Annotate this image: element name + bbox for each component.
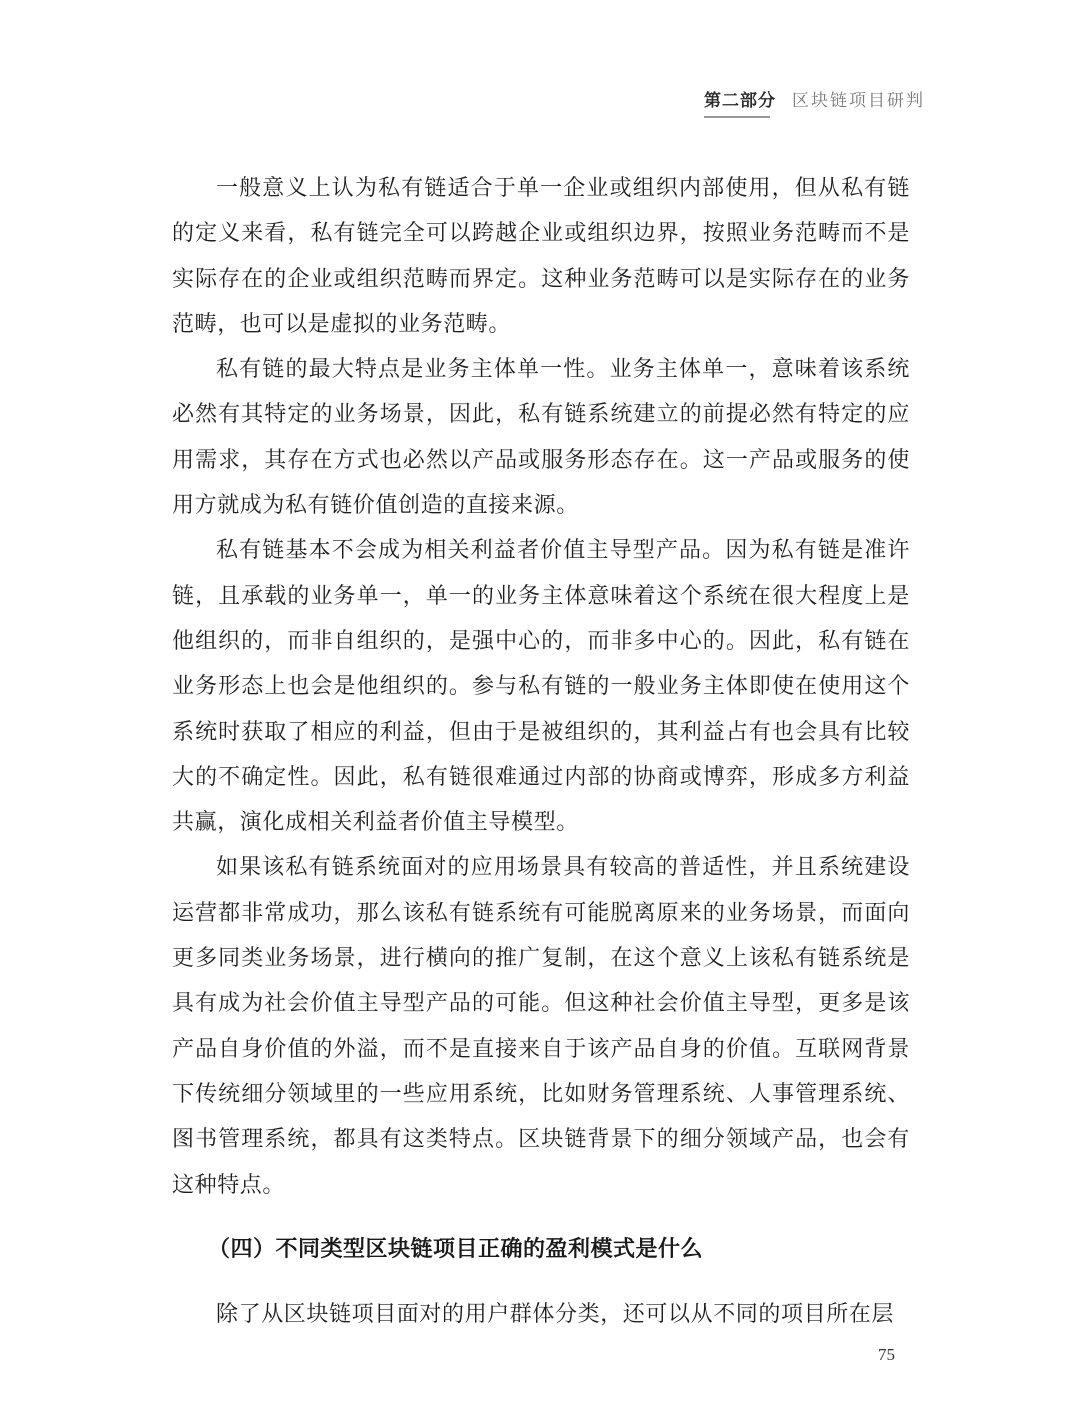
- page-number: 75: [878, 1345, 895, 1365]
- running-header: 第二部分 区块链项目研判: [704, 84, 925, 112]
- header-underline: [704, 116, 770, 118]
- paragraph: 私有链的最大特点是业务主体单一性。业务主体单一，意味着该系统必然有其特定的业务场…: [172, 347, 910, 528]
- paragraph: 一般意义上认为私有链适合于单一企业或组织内部使用，但从私有链的定义来看，私有链完…: [172, 166, 910, 347]
- page-body: 一般意义上认为私有链适合于单一企业或组织内部使用，但从私有链的定义来看，私有链完…: [172, 166, 910, 1337]
- part-label: 第二部分: [704, 86, 776, 111]
- chapter-title: 区块链项目研判: [792, 86, 925, 111]
- paragraph: 私有链基本不会成为相关利益者价值主导型产品。因为私有链是准许链，且承载的业务单一…: [172, 528, 910, 845]
- paragraph: 如果该私有链系统面对的应用场景具有较高的普适性，并且系统建设运营都非常成功，那么…: [172, 845, 910, 1207]
- paragraph: 除了从区块链项目面对的用户群体分类，还可以从不同的项目所在层: [172, 1292, 910, 1337]
- section-heading: （四）不同类型区块链项目正确的盈利模式是什么: [172, 1230, 910, 1270]
